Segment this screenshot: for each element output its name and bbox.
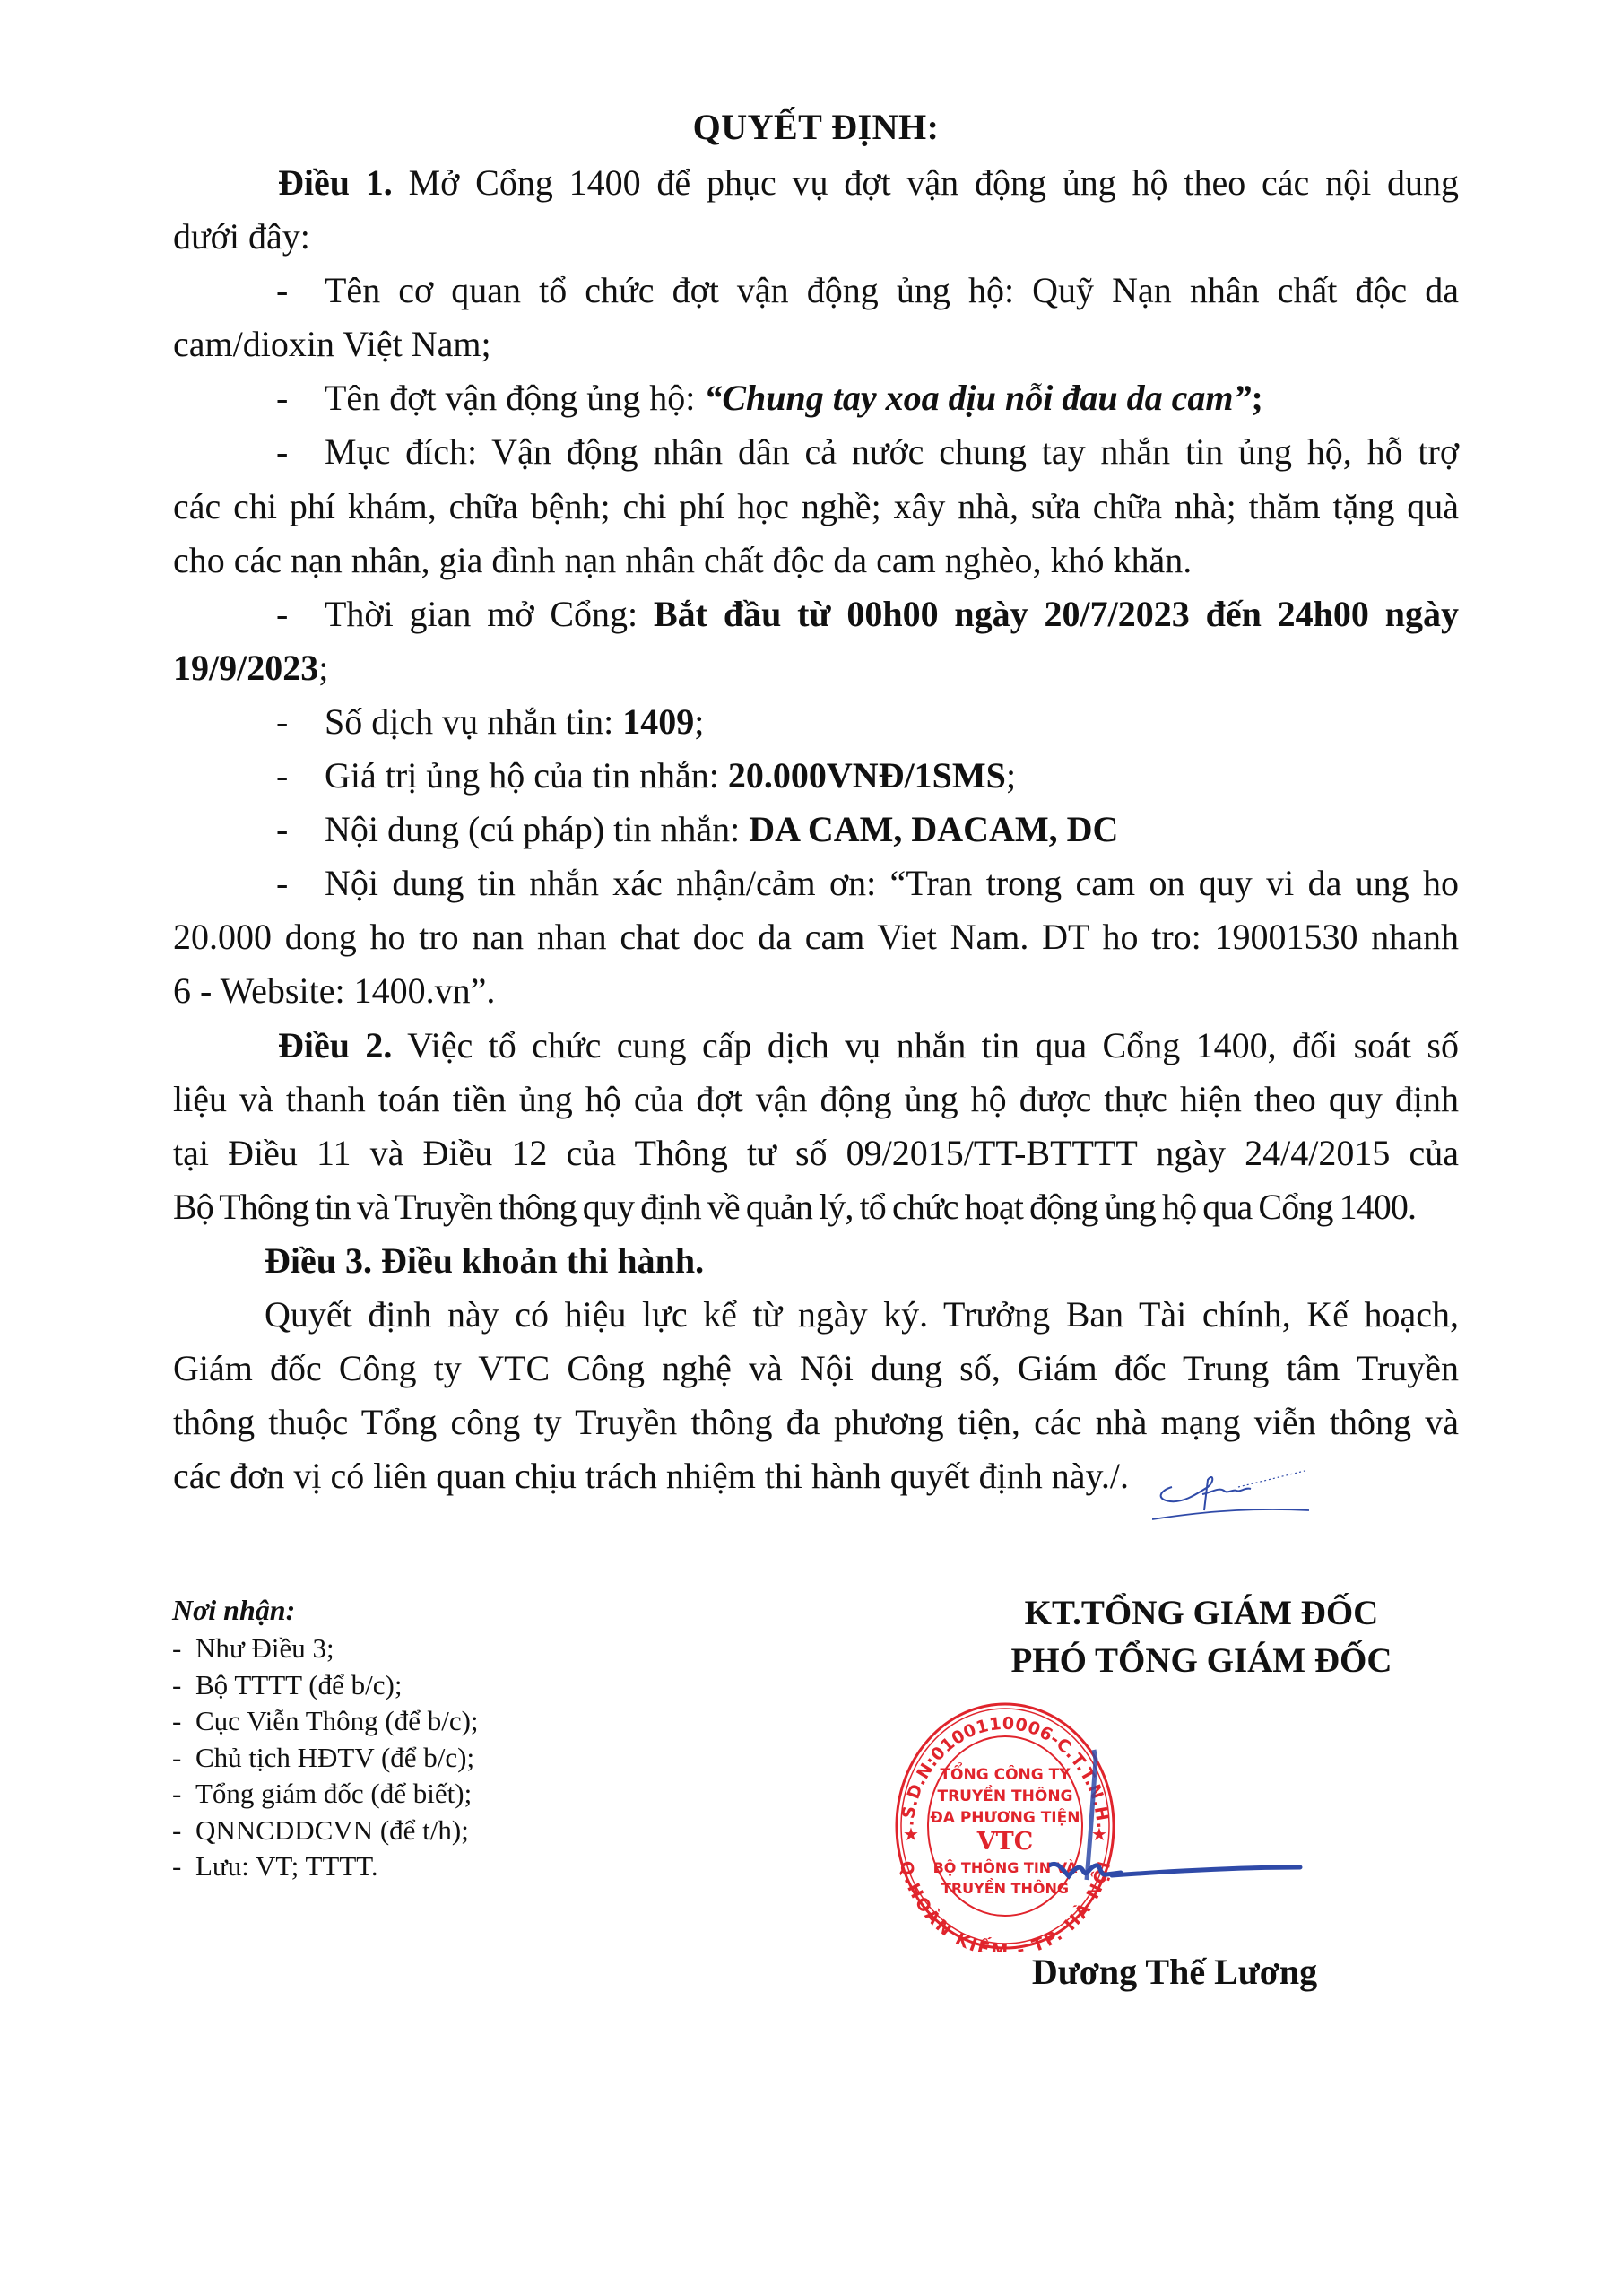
recipient-item: -Chủ tịch HĐTV (để b/c); — [172, 1740, 800, 1777]
signatory-name: Dương Thế Lương — [995, 1948, 1354, 1996]
signatory-line-2: PHÓ TỔNG GIÁM ĐỐC — [968, 1637, 1435, 1684]
bullet-dash: - — [276, 803, 325, 857]
document-line: 20.000 dong ho tro nan nhan chat doc da … — [173, 910, 1459, 964]
document-line: -Thời gian mở Cổng: Bắt đầu từ 00h00 ngà… — [173, 587, 1459, 641]
recipient-item: -Bộ TTTT (để b/c); — [172, 1667, 800, 1704]
handwritten-signature — [1049, 1830, 1318, 1901]
document-line: Bộ Thông tin và Truyền thông quy định về… — [173, 1180, 1459, 1234]
recipient-item: -Cục Viễn Thông (để b/c); — [172, 1703, 800, 1740]
bullet-dash: - — [276, 371, 325, 425]
decision-body: Điều 1. Mở Cổng 1400 để phục vụ đợt vận … — [173, 156, 1459, 1503]
document-page: QUYẾT ĐỊNH: Điều 1. Mở Cổng 1400 để phục… — [0, 0, 1622, 2296]
bullet-dash: - — [276, 587, 325, 641]
recipient-item: -Lưu: VT; TTTT. — [172, 1848, 800, 1885]
document-line: liệu và thanh toán tiền ủng hộ của đợt v… — [173, 1073, 1459, 1126]
document-line: Giám đốc Công ty VTC Công nghệ và Nội du… — [173, 1342, 1459, 1396]
bullet-dash: - — [276, 749, 325, 803]
company-seal-icon: M.S.D.N:0100110006-C.T.T.N.H.H Q.HOÀN KI… — [893, 1700, 1117, 1952]
document-line: cam/dioxin Việt Nam; — [173, 317, 1459, 371]
recipient-item: -Như Điều 3; — [172, 1631, 800, 1667]
bullet-dash: - — [276, 695, 325, 749]
recipients-heading: Nơi nhận: — [172, 1589, 800, 1631]
document-line: -Số dịch vụ nhắn tin: 1409; — [173, 695, 1459, 749]
document-line: cho các nạn nhân, gia đình nạn nhân chất… — [173, 534, 1459, 587]
signatory-title: KT.TỔNG GIÁM ĐỐC PHÓ TỔNG GIÁM ĐỐC — [968, 1589, 1435, 1684]
recipients-list: Nơi nhận: -Như Điều 3; -Bộ TTTT (để b/c)… — [172, 1589, 800, 1885]
svg-text:TRUYỀN THÔNG: TRUYỀN THÔNG — [937, 1784, 1072, 1805]
document-line: Điều 1. Mở Cổng 1400 để phục vụ đợt vận … — [173, 156, 1459, 210]
document-line: -Tên đợt vận động ủng hộ: “Chung tay xoa… — [173, 371, 1459, 425]
bullet-dash: - — [276, 425, 325, 479]
document-line: Điều 3. Điều khoản thi hành. — [173, 1234, 1459, 1288]
svg-text:ĐA PHƯƠNG TIỆN: ĐA PHƯƠNG TIỆN — [931, 1807, 1080, 1827]
document-line: 6 - Website: 1400.vn”. — [173, 964, 1459, 1018]
document-line: tại Điều 11 và Điều 12 của Thông tư số 0… — [173, 1126, 1459, 1180]
document-line: -Nội dung tin nhắn xác nhận/cảm ơn: “Tra… — [173, 857, 1459, 910]
initials-signature — [1152, 1460, 1314, 1532]
bullet-dash: - — [276, 264, 325, 317]
recipient-item: -Tổng giám đốc (để biết); — [172, 1776, 800, 1813]
document-line: -Giá trị ủng hộ của tin nhắn: 20.000VNĐ/… — [173, 749, 1459, 803]
star-icon: ★ — [903, 1823, 919, 1845]
page-title: QUYẾT ĐỊNH: — [173, 100, 1459, 154]
document-line: -Nội dung (cú pháp) tin nhắn: DA CAM, DA… — [173, 803, 1459, 857]
document-line: Điều 2. Việc tổ chức cung cấp dịch vụ nh… — [173, 1019, 1459, 1073]
bullet-dash: - — [276, 857, 325, 910]
document-line: -Mục đích: Vận động nhân dân cả nước chu… — [173, 425, 1459, 479]
document-line: Quyết định này có hiệu lực kể từ ngày ký… — [173, 1288, 1459, 1342]
document-line: thông thuộc Tổng công ty Truyền thông đa… — [173, 1396, 1459, 1449]
recipient-item: -QNNCDDCVN (để t/h); — [172, 1813, 800, 1849]
document-line: các chi phí khám, chữa bệnh; chi phí học… — [173, 480, 1459, 534]
document-line: -Tên cơ quan tổ chức đợt vận động ủng hộ… — [173, 264, 1459, 317]
signatory-line-1: KT.TỔNG GIÁM ĐỐC — [968, 1589, 1435, 1637]
svg-text:VTC: VTC — [976, 1828, 1034, 1856]
document-line: 19/9/2023; — [173, 641, 1459, 695]
document-line: dưới đây: — [173, 210, 1459, 264]
svg-text:TỔNG CÔNG TY: TỔNG CÔNG TY — [940, 1761, 1071, 1784]
